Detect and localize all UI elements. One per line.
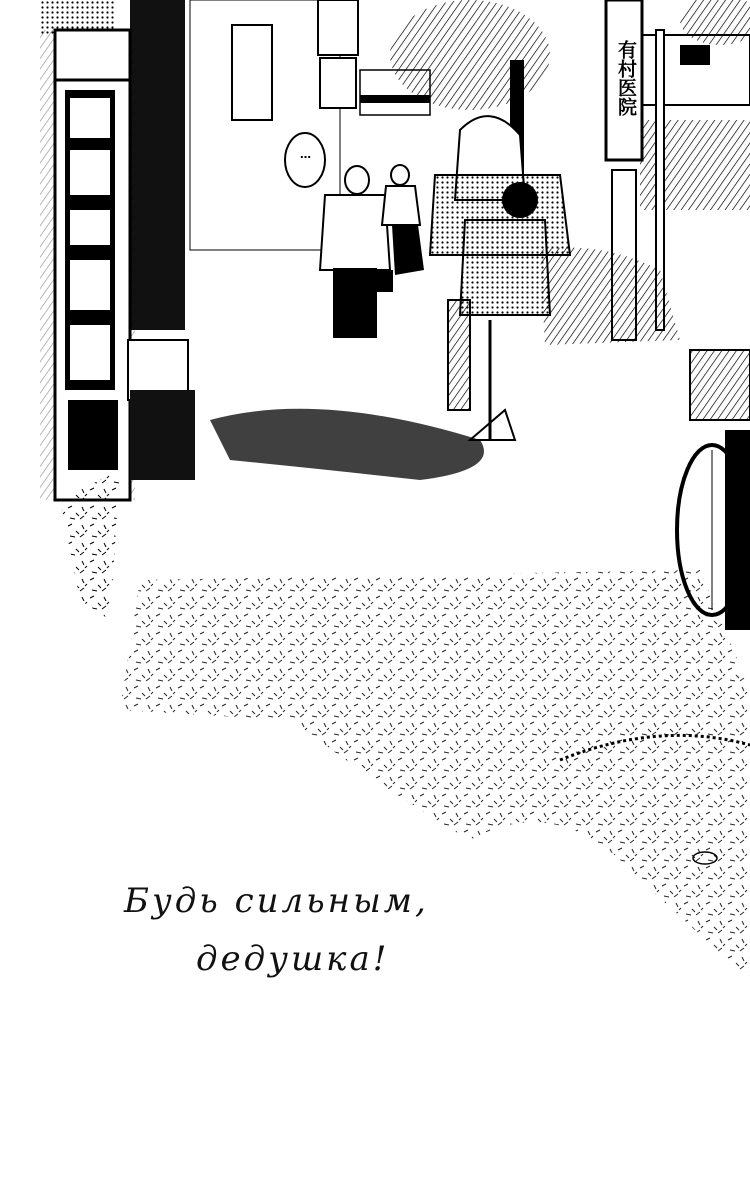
elderly-man xyxy=(320,166,393,338)
manga-page: … 有村医院 Будь сильным, дедушка! xyxy=(0,0,750,1200)
caption: Будь сильным, дедушка! xyxy=(120,872,460,988)
street-illustration xyxy=(0,0,750,1200)
caption-line-2: дедушка! xyxy=(120,930,460,988)
speech-bubble-text: … xyxy=(290,148,322,161)
shadow xyxy=(210,409,484,480)
caption-line-1: Будь сильным, xyxy=(120,872,460,930)
clinic-sign-text: 有村医院 xyxy=(612,40,638,116)
